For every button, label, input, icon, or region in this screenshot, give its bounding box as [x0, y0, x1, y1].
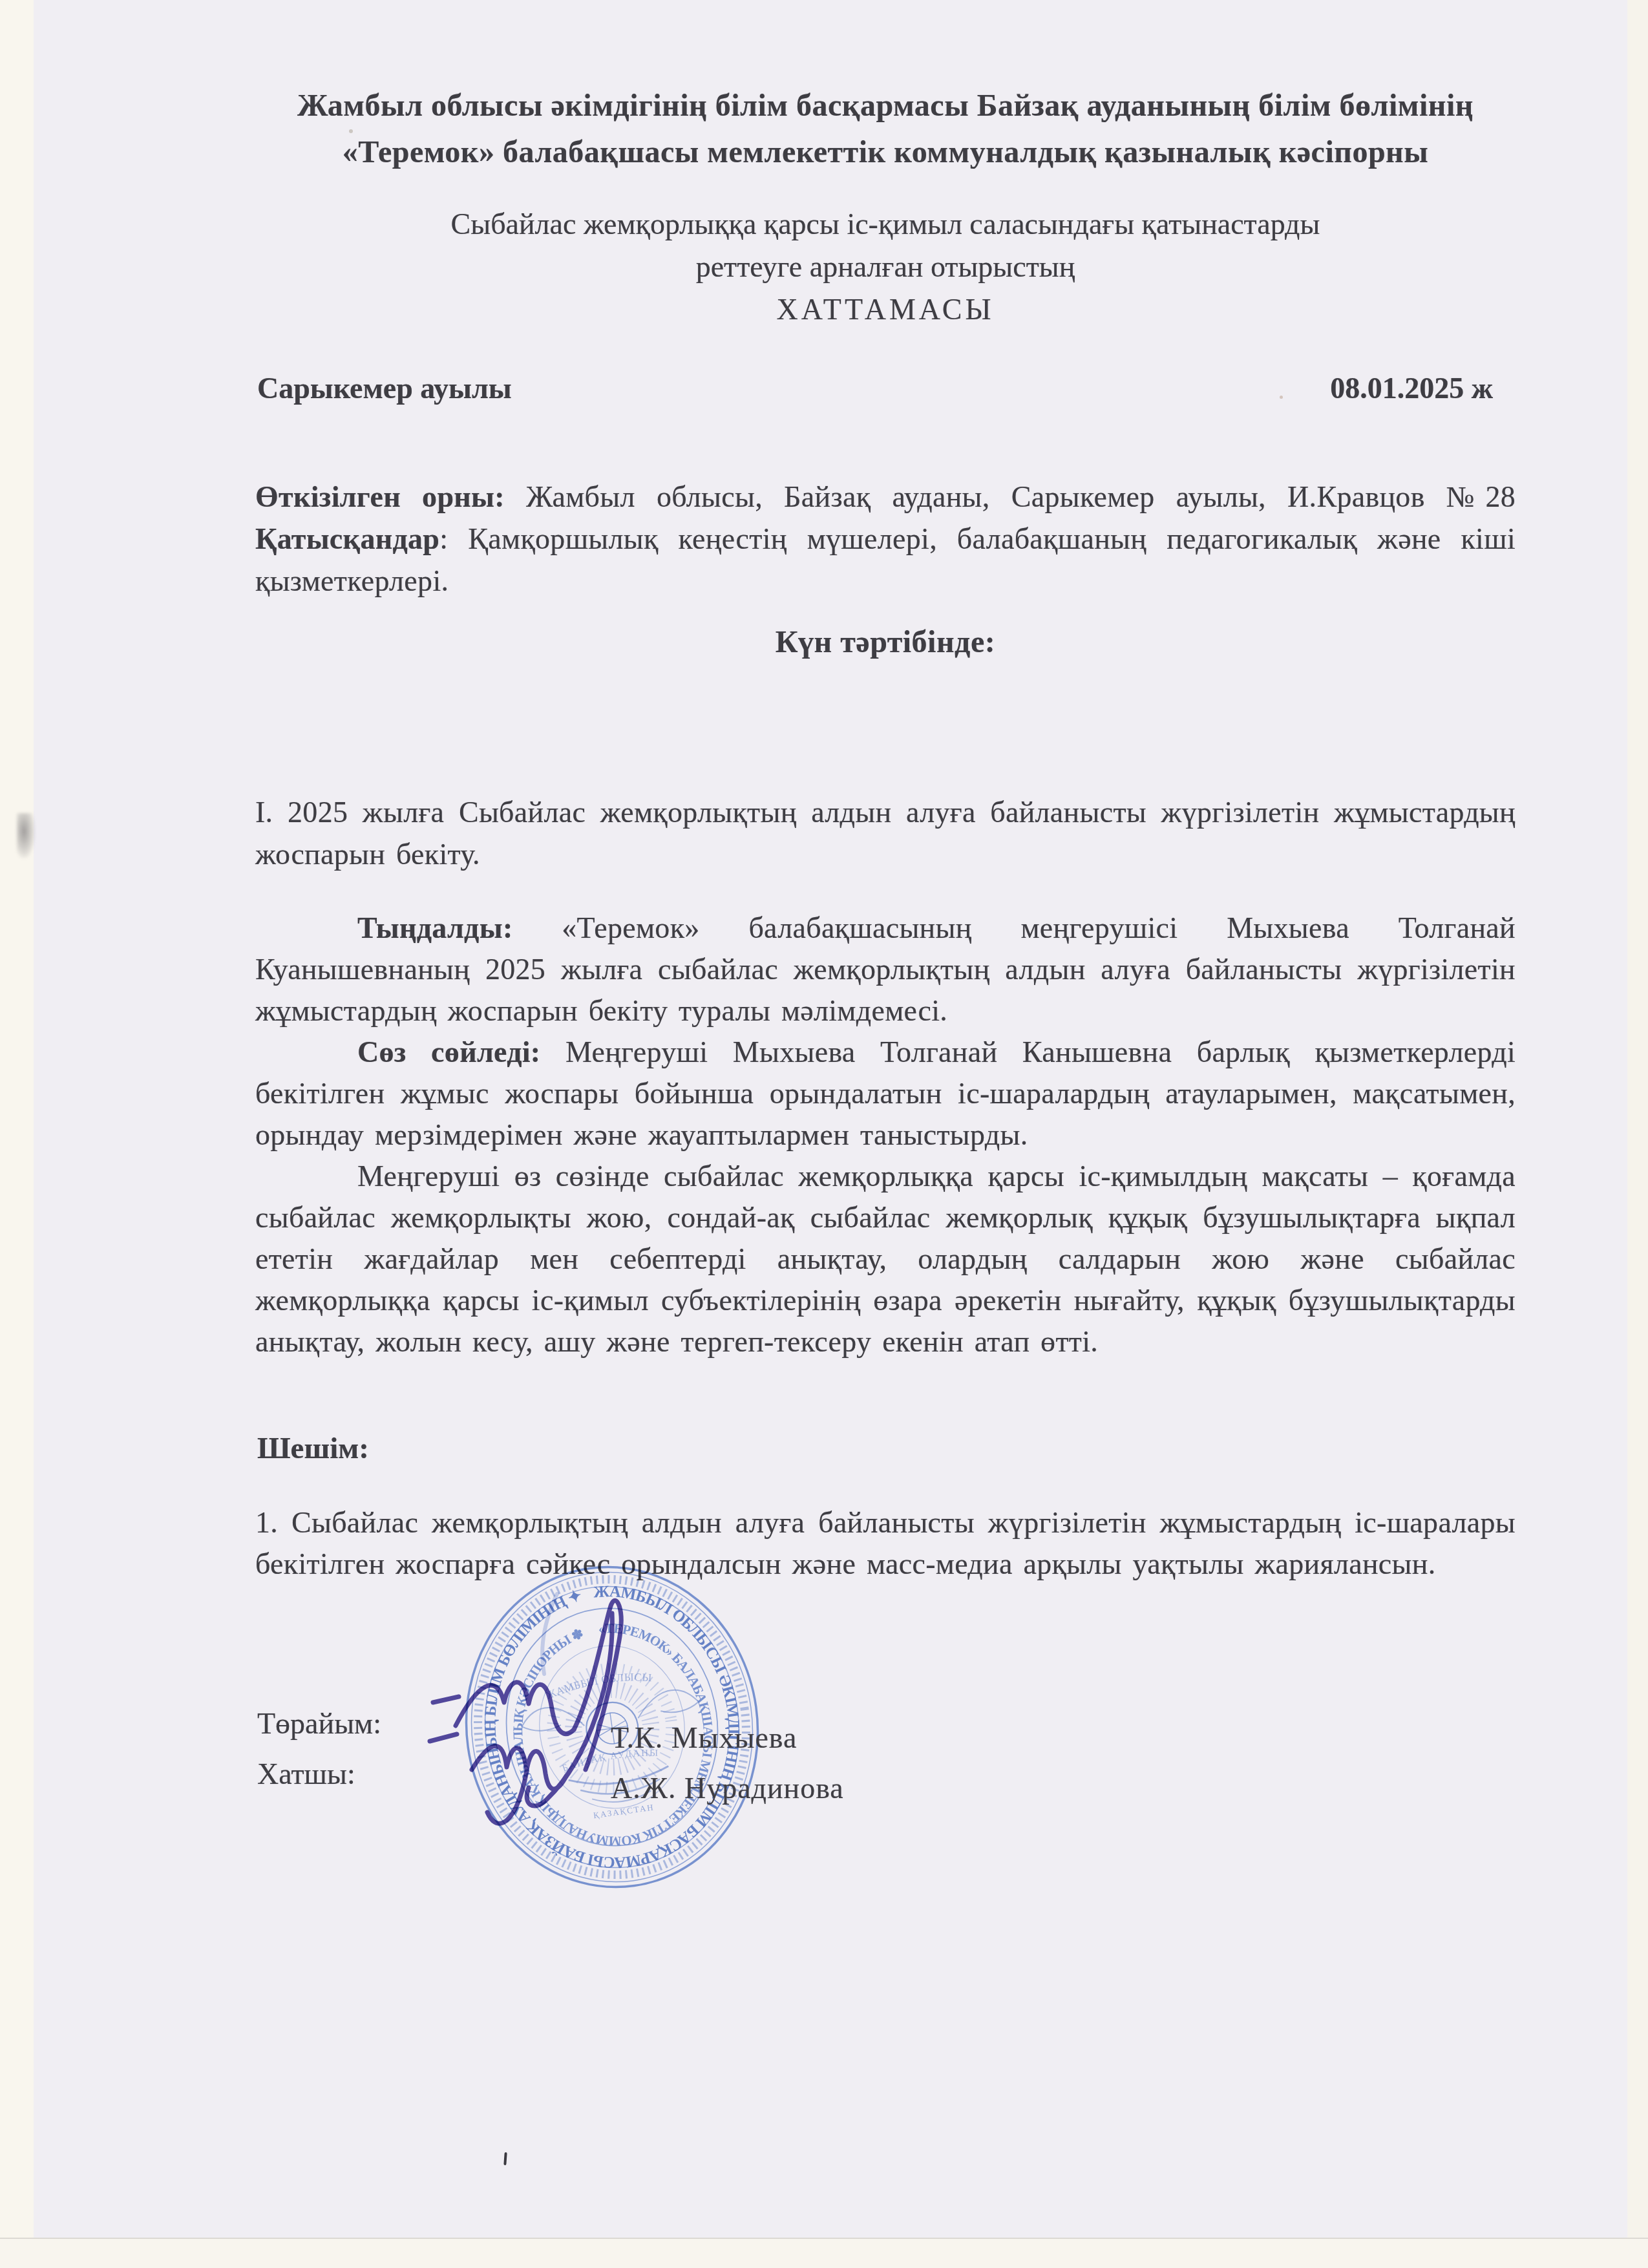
meeting-subject: Сыбайлас жемқорлыққа қарсы іс-қимыл сала…: [194, 203, 1577, 331]
dust-speck: [349, 129, 353, 133]
signature-humps: [456, 1682, 574, 1734]
chair-label: Төрайым:: [257, 1706, 381, 1741]
signature-dash-2: [430, 1734, 457, 1741]
agenda-item: I. 2025 жылға Сыбайлас жемқорлықтың алды…: [255, 791, 1516, 875]
secretary-label: Хатшы:: [257, 1757, 355, 1791]
secretary-name: А.Ж. Нурадинова: [611, 1771, 844, 1805]
subject-line2: реттеуге арналған отырыстың: [194, 246, 1577, 288]
decision-heading: Шешім:: [257, 1431, 369, 1466]
venue-participants-paragraph: Өткізілген орны: Жамбыл облысы, Байзақ а…: [255, 476, 1516, 602]
signature-dash-1: [433, 1697, 459, 1702]
place-date-row: Сарыкемер ауылы 08.01.2025 ж: [257, 371, 1493, 405]
document-type-title: ХАТТАМАСЫ: [194, 288, 1577, 331]
spoke-paragraph: Сөз сөйледі: Меңгеруші Мыхыева Толганай …: [255, 1032, 1516, 1156]
decision-item: 1. Сыбайлас жемқорлықтың алдын алуға бай…: [255, 1502, 1516, 1585]
chair-name: Т.К. Мыхыева: [611, 1721, 797, 1755]
dust-speck: [1280, 396, 1283, 399]
scan-edge-left: [0, 0, 34, 2268]
org-header-line1: Жамбыл облысы әкімдігінің білім басқарма…: [194, 83, 1577, 129]
heard-label: Тыңдалды:: [357, 911, 513, 944]
speech-paragraph: Меңгеруші өз сөзінде сыбайлас жемқорлыққ…: [255, 1156, 1516, 1362]
participants-label: Қатысқандар: [255, 522, 439, 555]
signature-descender-loop: [487, 1771, 527, 1823]
venue-label: Өткізілген орны:: [255, 480, 505, 513]
participants-text: : Қамқоршылық кеңестің мүшелері, балабақ…: [255, 522, 1516, 597]
place-name: Сарыкемер ауылы: [257, 371, 512, 405]
scanned-protocol-document: Жамбыл облысы әкімдігінің білім басқарма…: [0, 0, 1648, 2268]
scan-edge-bottom: [0, 2238, 1648, 2268]
spoke-label: Сөз сөйледі:: [357, 1035, 540, 1068]
subject-line1: Сыбайлас жемқорлыққа қарсы іс-қимыл сала…: [194, 203, 1577, 246]
signature-second-line: [472, 1746, 566, 1788]
scan-edge-right: [1627, 0, 1648, 2268]
org-header-line2: «Теремок» балабақшасы мемлекеттік коммун…: [194, 129, 1577, 176]
scan-smudge: [17, 813, 35, 858]
scan-ink-tick: [503, 2152, 507, 2165]
agenda-heading: Күн тәртібінде:: [194, 624, 1577, 660]
venue-text: Жамбыл облысы, Байзақ ауданы, Сарыкемер …: [505, 480, 1516, 513]
org-header: Жамбыл облысы әкімдігінің білім басқарма…: [194, 83, 1577, 176]
faint-pen-arc: [542, 1594, 557, 1674]
heard-paragraph: Тыңдалды: «Теремок» балабақшасының меңге…: [255, 907, 1516, 1032]
document-date: 08.01.2025 ж: [1330, 371, 1493, 405]
handwritten-signature: [420, 1576, 672, 1847]
